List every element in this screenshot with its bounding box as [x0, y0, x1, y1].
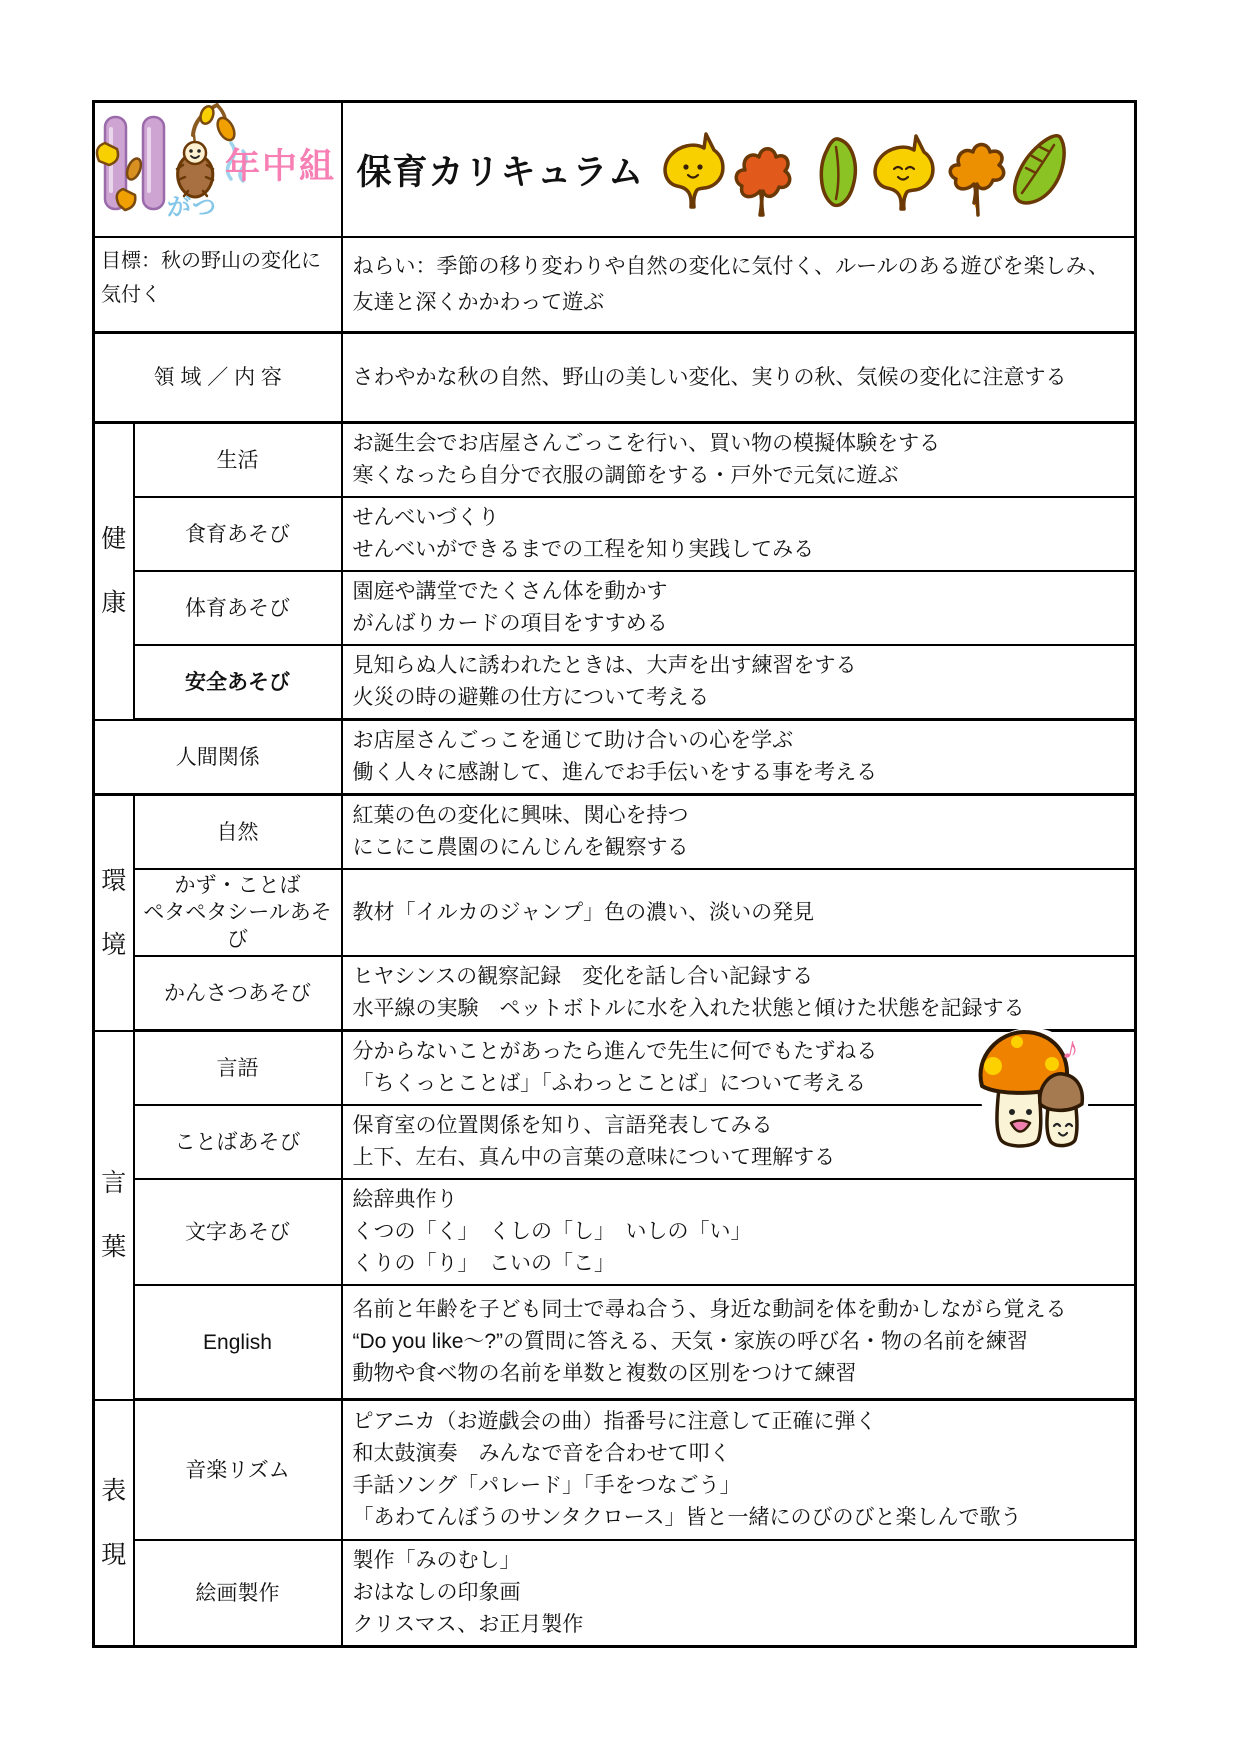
month-suffix-label: がつ — [167, 187, 217, 222]
curriculum-page: 11 がつ 年中組 保育カリキュラム — [0, 0, 1240, 1755]
red-maple-icon — [736, 149, 789, 215]
row-label-seikatsu: 生活 — [134, 423, 342, 498]
row-content: 名前と年齢を子ども同士で尋ね合う、身近な動詞を体を動かしながら覚える “Do y… — [342, 1285, 1136, 1400]
row-content: お誕生会でお店屋さんごっこを行い、買い物の模擬体験をする 寒くなったら自分で衣服… — [342, 423, 1136, 498]
row-content: ピアニカ（お遊戯会の曲）指番号に注意して正確に弾く 和太鼓演奏 みんなで音を合わ… — [342, 1400, 1136, 1541]
curriculum-table: 11 がつ 年中組 保育カリキュラム — [92, 100, 1137, 1648]
aim-text: ねらい：季節の移り変わりや自然の変化に気付く、ルールのある遊びを楽しみ、友達と深… — [342, 237, 1136, 333]
mushroom-illustration — [972, 1024, 1122, 1152]
row-label-kaiga: 絵画製作 — [134, 1540, 342, 1647]
category-health: 健康 — [94, 423, 134, 720]
row-content: 教材「イルカのジャンプ」色の濃い、淡いの発見 — [342, 869, 1136, 956]
row-content: 見知らぬ人に誘われたときは、大声を出す練習をする 火災の時の避難の仕方について考… — [342, 645, 1136, 720]
page-title: 保育カリキュラム — [357, 145, 645, 195]
row-label-ongaku: 音楽リズム — [134, 1400, 342, 1541]
row-content: ヒヤシンスの観察記録 変化を話し合い記録する 水平線の実験 ペットボトルに水を入… — [342, 956, 1136, 1031]
yellow-ginkgo-smile-icon — [665, 134, 723, 207]
row-content: 園庭や講堂でたくさん体を動かす がんばりカードの項目をすすめる — [342, 571, 1136, 645]
row-content: 製作「みのむし」 おはなしの印象画 クリスマス、お正月製作 — [342, 1540, 1136, 1647]
row-label-kansatsu: かんさつあそび — [134, 956, 342, 1031]
row-label-gengo: 言語 — [134, 1031, 342, 1106]
yellow-ginkgo-wink-icon — [875, 136, 933, 209]
row-content: 紅葉の色の変化に興味、関心を持つ にこにこ農園のにんじんを観察する — [342, 795, 1136, 870]
row-content: せんべいづくり せんべいができるまでの工程を知り実践してみる — [342, 497, 1136, 571]
row-label-kotoba-asobi: ことばあそび — [134, 1105, 342, 1179]
green-leaf-icon — [821, 139, 855, 206]
goal-label: 目標：秋の野山の変化に気付く — [94, 237, 342, 333]
category-environment: 環境 — [94, 795, 134, 1031]
title-cell: 保育カリキュラム — [342, 102, 1136, 238]
green-leaf-veins-icon — [1015, 136, 1064, 203]
class-name-label: 年中組 — [225, 139, 336, 189]
category-expression: 表現 — [94, 1400, 134, 1647]
row-label-taiiku: 体育あそび — [134, 571, 342, 645]
row-label-shokuiku: 食育あそび — [134, 497, 342, 571]
row-content: 絵辞典作り くつの「く」 くしの「し」 いしの「い」 くりの「り」 こいの「こ」 — [342, 1179, 1136, 1285]
row-content: お店屋さんごっこを通じて助け合いの心を学ぶ 働く人々に感謝して、進んでお手伝いを… — [342, 720, 1136, 795]
row-label-english: English — [134, 1285, 342, 1400]
row-label-kazu-kotoba: かず・ことば ペタペタシールあそび — [134, 869, 342, 956]
month-logo-cell: 11 がつ 年中組 — [94, 102, 342, 238]
row-label-moji-asobi: 文字あそび — [134, 1179, 342, 1285]
category-language: 言葉 — [94, 1031, 134, 1400]
domain-header-label: 領 域 ／ 内 容 — [94, 333, 342, 423]
autumn-leaves-icon — [660, 125, 1070, 220]
row-label-ningenkankei: 人間関係 — [94, 720, 342, 795]
orange-maple-icon — [950, 145, 1003, 216]
row-label-anzen: 安全あそび — [134, 645, 342, 720]
row-label-shizen: 自然 — [134, 795, 342, 870]
domain-content: さわやかな秋の自然、野山の美しい変化、実りの秋、気候の変化に注意する — [342, 333, 1136, 423]
